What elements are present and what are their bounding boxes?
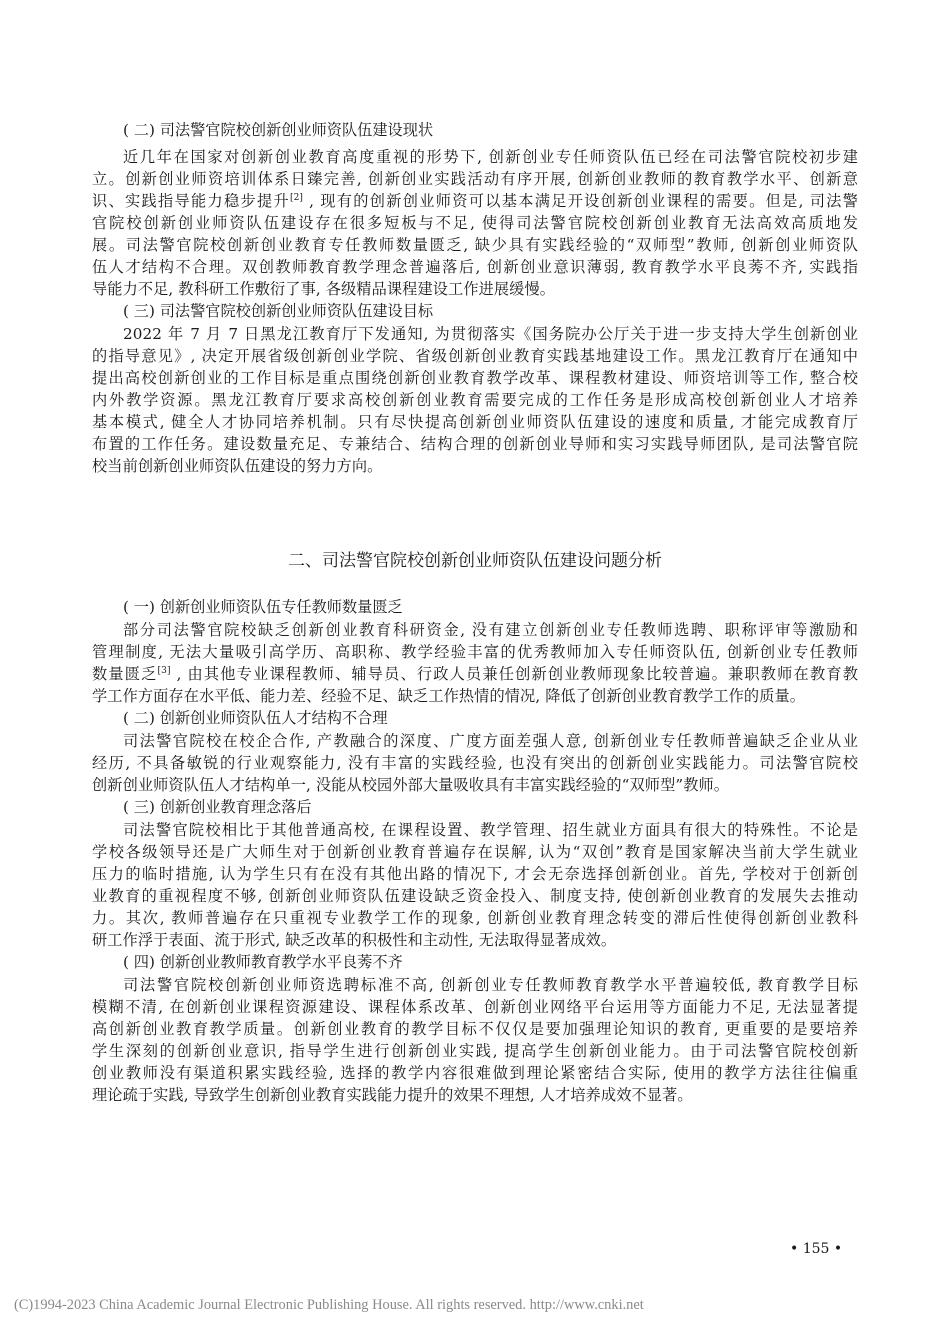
paragraph-line: 学工作方面存在水平低、能力差、经验不足、缺乏工作热情的情况, 降低了创新创业教育… bbox=[92, 685, 858, 707]
citation-ref[interactable]: [3] bbox=[158, 666, 171, 676]
subsection-heading-structure: ( 二) 创新创业师资队伍人才结构不合理 bbox=[123, 707, 388, 729]
paragraph-line-with-ref: 识、实践指导能力稳步提升[2] , 现有的创新创业师资可以基本满足开设创新创业课… bbox=[92, 190, 858, 212]
paragraph-line: 布置的工作任务。建设数量充足、专兼结合、结构合理的创新创业导师和实习实践导师团队… bbox=[92, 433, 858, 455]
paragraph-line: 管理制度, 无法大量吸引高学历、高职称、教学经验丰富的优秀教师加入专任师资队伍,… bbox=[92, 641, 858, 663]
paragraph-line: 立。创新创业师资培训体系日臻完善, 创新创业实践活动有序开展, 创新创业教师的教… bbox=[92, 168, 858, 190]
paragraph-line: 司法警官院校创新创业师资选聘标准不高, 创新创业专任教师教育教学水平普遍较低, … bbox=[123, 974, 858, 996]
paragraph-line: 基本模式, 健全人才协同培养机制。只有尽快提高创新创业师资队伍建设的速度和质量,… bbox=[92, 411, 858, 433]
paragraph-line: 学生深刻的创新创业意识, 指导学生进行创新创业实践, 提高学生创新创业能力。由于… bbox=[92, 1040, 858, 1062]
paragraph-line: 研工作浮于表面、流于形式, 缺乏改革的积极性和主动性, 无法取得显著成效。 bbox=[92, 929, 858, 951]
paragraph-line: 创业教师没有渠道积累实践经验, 选择的教学内容很难做到理论紧密结合实际, 使用的… bbox=[92, 1062, 858, 1084]
paragraph-line: 创新创业师资队伍人才结构单一, 没能从校园外部大量吸收具有丰富实践经验的“双师型… bbox=[92, 774, 858, 796]
paragraph-line: 压力的临时措施, 认为学生只有在没有其他出路的情况下, 才会无奈选择创新创业。首… bbox=[92, 863, 858, 885]
subsection-heading-level: ( 四) 创新创业教师教育教学水平良莠不齐 bbox=[123, 951, 403, 973]
paragraph-line: 校当前创新创业师资队伍建设的努力方向。 bbox=[92, 455, 858, 477]
paragraph-line: 力。其次, 教师普遍存在只重视专业教学工作的现象, 创新创业教育理念转变的滞后性… bbox=[92, 907, 858, 929]
subsection-heading-shortage: ( 一) 创新创业师资队伍专任教师数量匮乏 bbox=[123, 596, 403, 618]
paragraph-line: 司法警官院校相比于其他普通高校, 在课程设置、教学管理、招生就业方面具有很大的特… bbox=[123, 819, 858, 841]
paragraph-line: 理论疏于实践, 导致学生创新创业教育实践能力提升的效果不理想, 人才培养成效不显… bbox=[92, 1084, 858, 1106]
paragraph-line-with-ref: 数量匮乏[3] , 由其他专业课程教师、辅导员、行政人员兼任创新创业教师现象比较… bbox=[92, 663, 858, 685]
paragraph-line: 高创新创业教育教学质量。创新创业教育的教学目标不仅仅是要加强理论知识的教育, 更… bbox=[92, 1018, 858, 1040]
subsection-heading-status: ( 二) 司法警官院校创新创业师资队伍建设现状 bbox=[123, 119, 433, 141]
paragraph-line: 展。司法警官院校创新创业教育专任教师数量匮乏, 缺少具有实践经验的“双师型”教师… bbox=[92, 234, 858, 256]
journal-page: ( 二) 司法警官院校创新创业师资队伍建设现状 近几年在国家对创新创业教育高度重… bbox=[0, 0, 950, 1344]
paragraph-line: 内外教学资源。黑龙江教育厅要求高校创新创业教育需要完成的工作任务是形成高校创新创… bbox=[92, 389, 858, 411]
paragraph-line: 模糊不清, 在创新创业课程资源建设、课程体系改革、创新创业网络平台运用等方面能力… bbox=[92, 996, 858, 1018]
paragraph-line: 官院校创新创业师资队伍建设存在很多短板与不足, 使得司法警官院校创新创业教育无法… bbox=[92, 212, 858, 234]
subsection-heading-concept: ( 三) 创新创业教育理念落后 bbox=[123, 796, 312, 818]
paragraph-line: 部分司法警官院校缺乏创新创业教育科研资金, 没有建立创新创业专任教师选聘、职称评… bbox=[123, 619, 858, 641]
subsection-heading-goal: ( 三) 司法警官院校创新创业师资队伍建设目标 bbox=[123, 300, 433, 322]
section-title: 二、司法警官院校创新创业师资队伍建设问题分析 bbox=[0, 549, 950, 573]
paragraph-line: 导能力不足, 教科研工作敷衍了事, 各级精品课程建设工作进展缓慢。 bbox=[92, 278, 858, 300]
paragraph-line: 2022 年 7 月 7 日黑龙江教育厅下发通知, 为贯彻落实《国务院办公厅关于… bbox=[123, 323, 858, 345]
paragraph-line: 近几年在国家对创新创业教育高度重视的形势下, 创新创业专任师资队伍已经在司法警官… bbox=[123, 146, 858, 168]
paragraph-line: 的指导意见》, 决定开展省级创新创业学院、省级创新创业教育实践基地建设工作。黑龙… bbox=[92, 345, 858, 367]
paragraph-line: 业教育的重视程度不够, 创新创业师资队伍建设缺乏资金投入、制度支持, 使创新创业… bbox=[92, 885, 858, 907]
paragraph-line: 伍人才结构不合理。双创教师教育教学理念普遍落后, 创新创业意识薄弱, 教育教学水… bbox=[92, 256, 858, 278]
copyright-footer: (C)1994-2023 China Academic Journal Elec… bbox=[14, 1297, 644, 1314]
citation-ref[interactable]: [2] bbox=[290, 193, 303, 203]
page-number: • 155 • bbox=[790, 1241, 842, 1257]
paragraph-line: 学校各级领导还是广大师生对于创新创业教育普遍存在误解, 认为“双创”教育是国家解… bbox=[92, 841, 858, 863]
paragraph-line: 提出高校创新创业的工作目标是重点围绕创新创业教育教学改革、课程教材建设、师资培训… bbox=[92, 367, 858, 389]
paragraph-line: 司法警官院校在校企合作, 产教融合的深度、广度方面差强人意, 创新创业专任教师普… bbox=[123, 730, 858, 752]
paragraph-line: 经历, 不具备敏锐的行业观察能力, 没有丰富的实践经验, 也没有突出的创新创业实… bbox=[92, 752, 858, 774]
